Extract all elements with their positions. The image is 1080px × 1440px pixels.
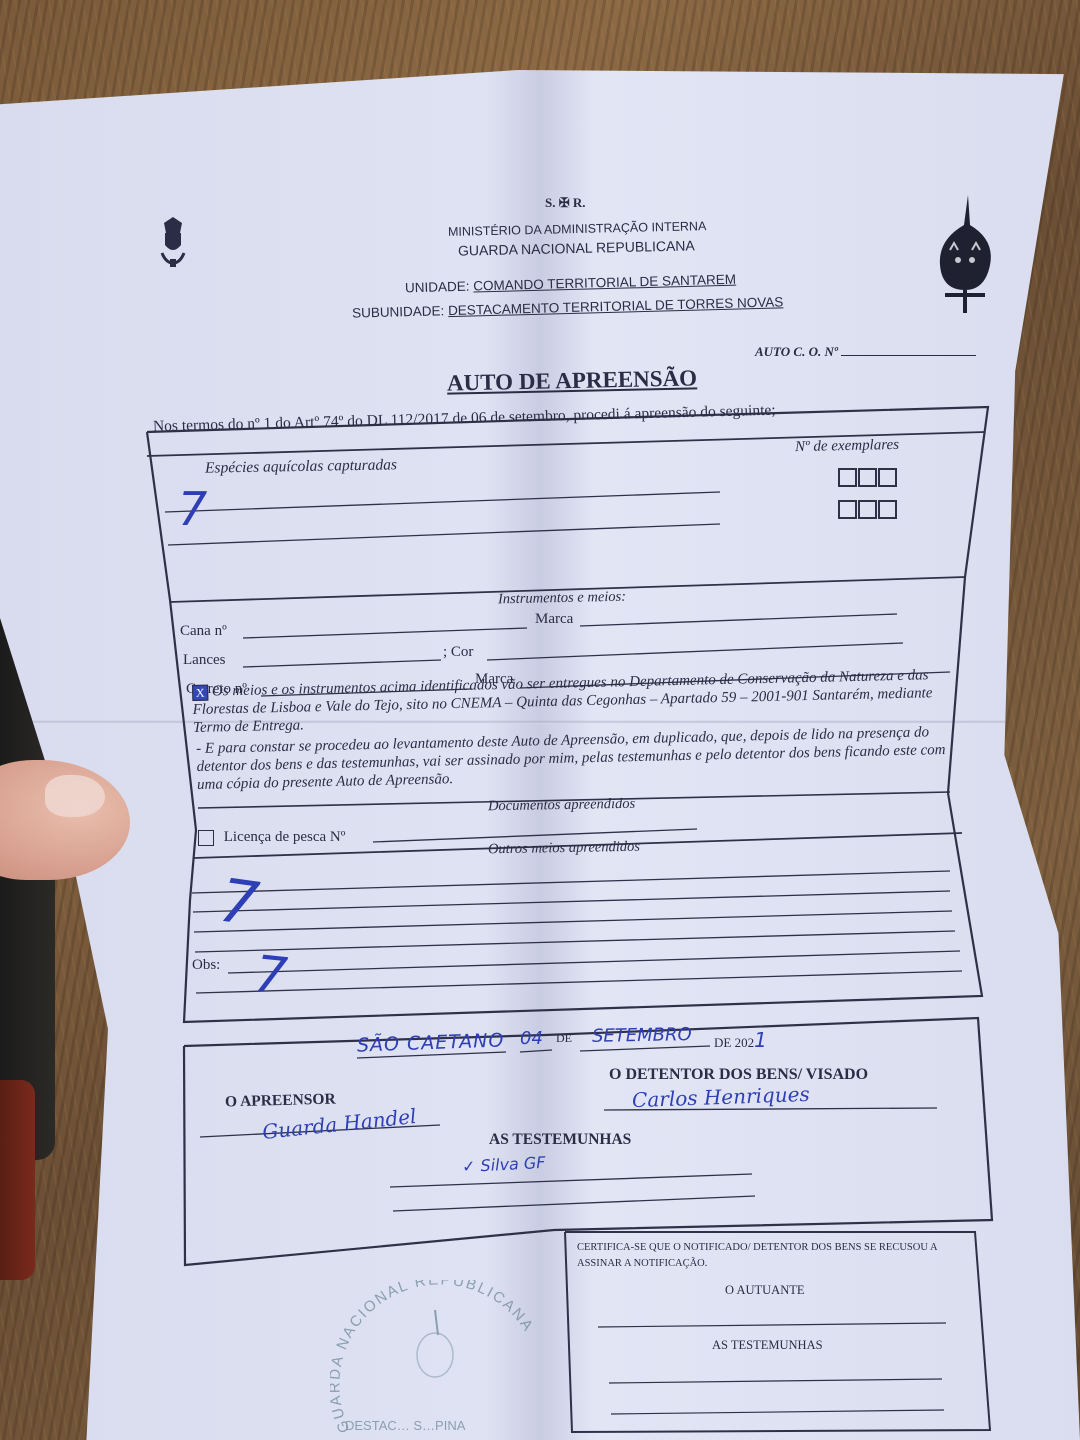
exemplares-label: Nº de exemplares	[795, 437, 899, 456]
de-label-1: DE	[556, 1031, 572, 1046]
thumbnail-nail	[45, 775, 105, 817]
digit-box[interactable]	[838, 500, 857, 519]
subunit-label: SUBUNIDADE:	[352, 303, 445, 320]
svg-text:GUARDA NACIONAL REPUBLICANA: GUARDA NACIONAL REPUBLICANA	[330, 1280, 537, 1435]
detentor-label: O DETENTOR DOS BENS/ VISADO	[609, 1066, 868, 1084]
lances-label: Lances	[183, 652, 225, 669]
stamp-top-text: GUARDA NACIONAL REPUBLICANA	[330, 1280, 537, 1435]
gnr-ink-stamp: GUARDA NACIONAL REPUBLICANA DESTAC… S…PI…	[330, 1280, 550, 1440]
species-label: Espécies aquícolas capturadas	[205, 456, 397, 477]
licence-checkbox[interactable]	[198, 830, 214, 846]
unit-label: UNIDADE:	[405, 279, 470, 296]
obs-handwritten-mark: 7	[252, 944, 290, 1005]
apreensor-label: O APREENSOR	[225, 1091, 336, 1112]
coat-of-arms-icon	[158, 215, 188, 270]
month-handwritten: SETEMBRO	[592, 1024, 692, 1047]
lynx-emblem-icon	[930, 195, 1000, 315]
cana-label: Cana nº	[180, 623, 227, 640]
year-field: DE 2021	[714, 1028, 767, 1052]
digit-box[interactable]	[858, 468, 877, 487]
testemunhas-label: AS TESTEMUNHAS	[489, 1131, 631, 1149]
digit-box[interactable]	[878, 468, 897, 487]
day-handwritten: 04	[520, 1028, 543, 1049]
refusal-testemunhas-label: AS TESTEMUNHAS	[712, 1338, 823, 1353]
auto-co-field[interactable]	[841, 355, 976, 356]
auto-co-number: AUTO C. O. Nº	[755, 344, 976, 360]
sleeve-red	[0, 1080, 35, 1280]
documents-label: Documentos apreendidos	[488, 796, 636, 816]
stamp-bottom-text: DESTAC… S…PINA	[345, 1418, 466, 1433]
form-title: AUTO DE APREENSÃO	[447, 365, 698, 396]
digit-box[interactable]	[878, 500, 897, 519]
species-handwritten-mark: 7	[178, 482, 207, 536]
digit-box[interactable]	[838, 468, 857, 487]
republic-mark: S. ✠ R.	[545, 195, 586, 211]
year-handwritten: 1	[754, 1028, 767, 1052]
licence-label: Licença de pesca Nº	[224, 829, 346, 845]
marca-label-1: Marca	[535, 611, 573, 628]
other-means-label: Outros meios apreendidos	[488, 839, 640, 859]
digit-box[interactable]	[858, 500, 877, 519]
exemplares-boxes-row1[interactable]	[838, 468, 898, 492]
instruments-label: Instrumentos e meios:	[498, 589, 626, 609]
refusal-statement: CERTIFICA-SE QUE O NOTIFICADO/ DETENTOR …	[577, 1240, 962, 1272]
obs-label: Obs:	[192, 957, 220, 974]
year-prefix: DE 202	[714, 1035, 754, 1050]
delivery-checkbox[interactable]: X	[192, 684, 208, 700]
exemplares-boxes-row2[interactable]	[838, 500, 898, 524]
licence-row: Licença de pesca Nº	[198, 829, 345, 846]
cor-label: ; Cor	[443, 644, 473, 661]
autuante-label: O AUTUANTE	[725, 1283, 805, 1298]
auto-co-label: AUTO C. O. Nº	[755, 344, 838, 359]
